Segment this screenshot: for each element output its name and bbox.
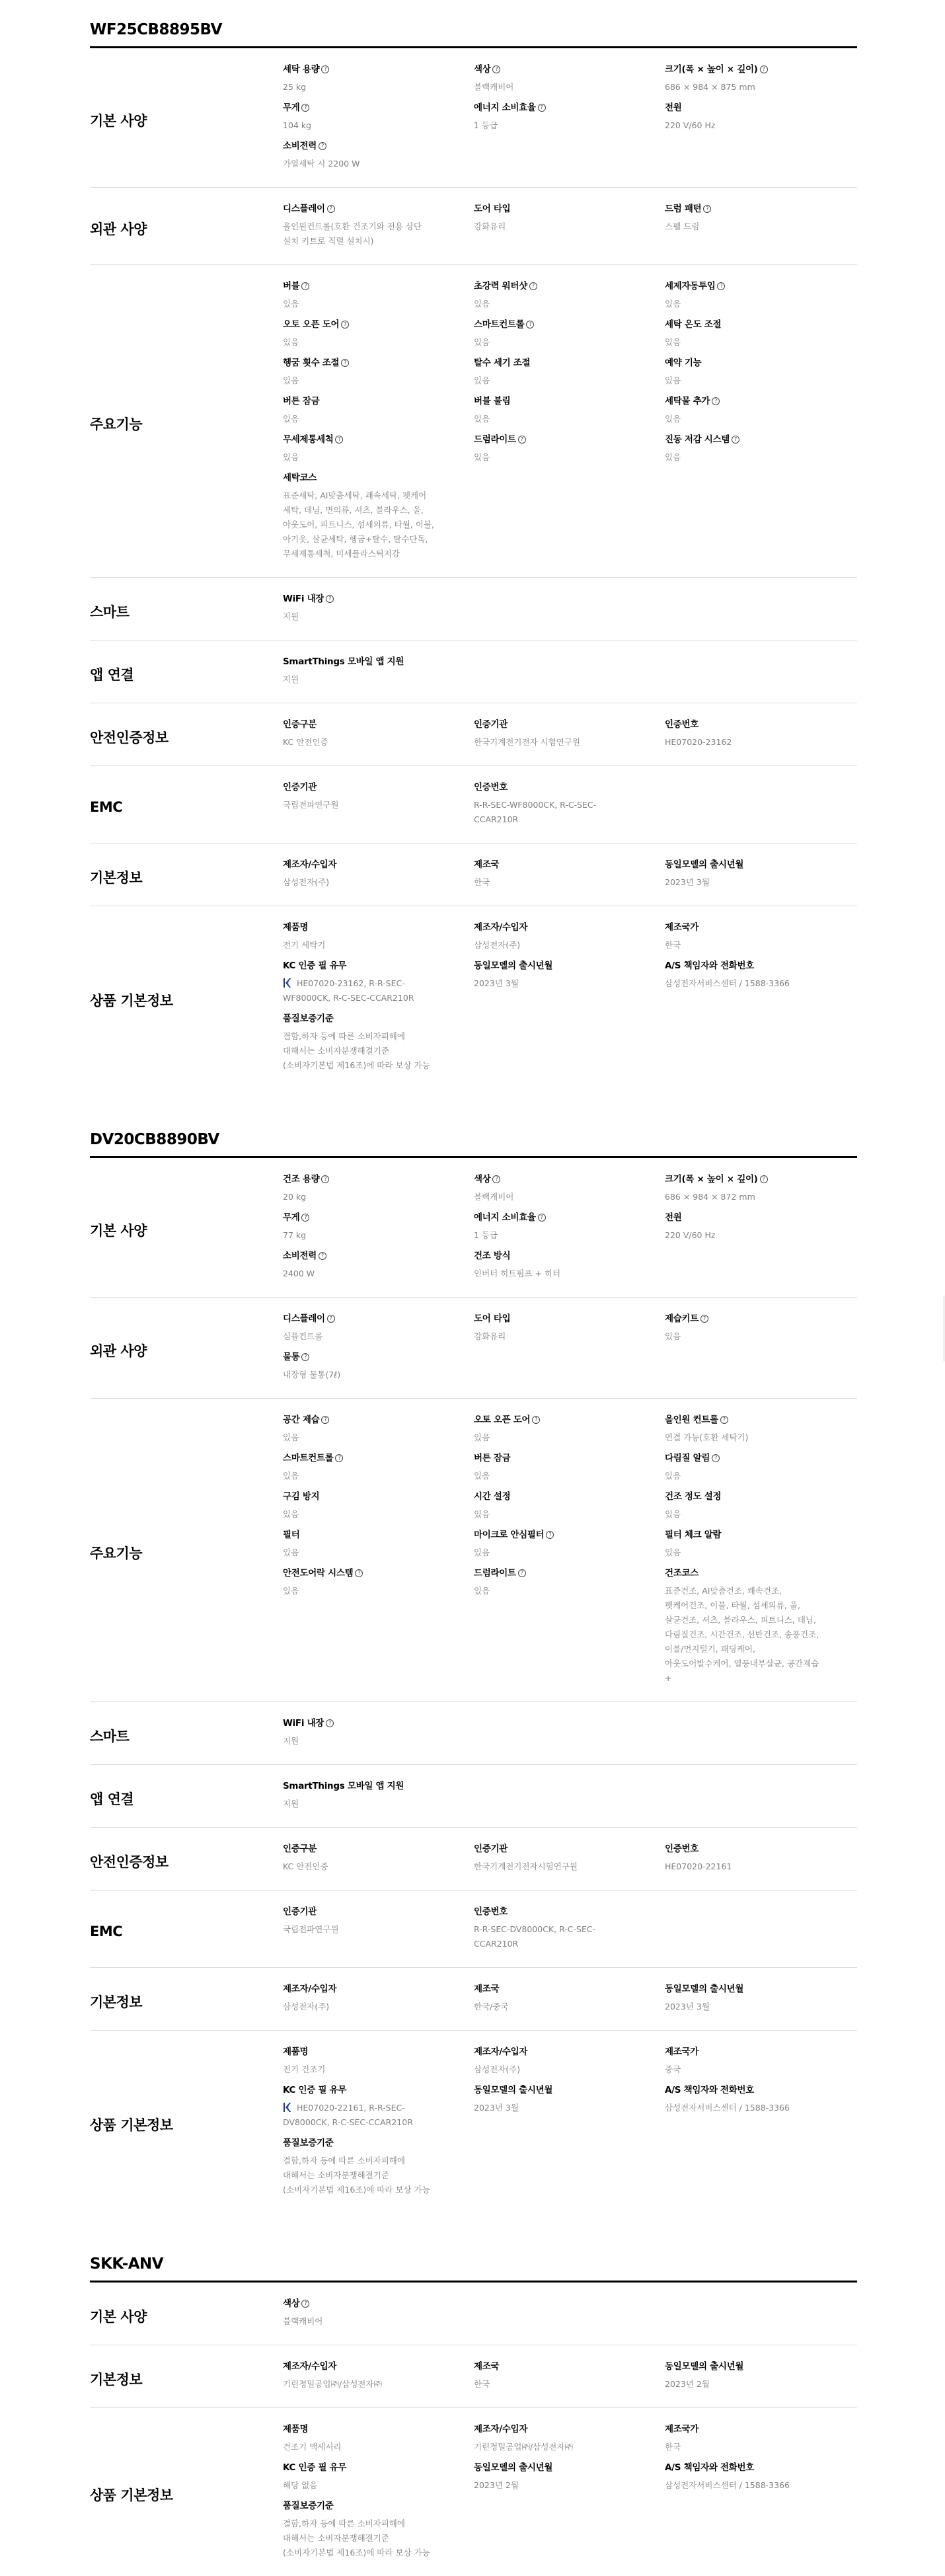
spec-item-value: 전기 세탁기	[283, 938, 432, 953]
spec-item-label: 제조자/수입자	[283, 858, 474, 871]
spec-item: 디스플레이?심플컨트롤	[283, 1312, 474, 1350]
spec-item-label: 인증기관	[474, 718, 665, 731]
spec-item-value-text: 한국기계전기전자 시험연구원	[474, 737, 580, 747]
spec-item-label-text: SmartThings 모바일 앱 지원	[283, 655, 404, 668]
spec-item-value: 686 × 984 × 875 mm	[665, 80, 813, 95]
spec-item-value-text: 2400 W	[283, 1268, 315, 1278]
spec-item-value: 있음	[665, 373, 813, 388]
spec-item-label: 크기(폭 × 높이 × 깊이)?	[665, 63, 856, 76]
spec-item-value-text: 블랙캐비어	[474, 1192, 513, 1202]
spec-item-value: 있음	[474, 1430, 623, 1445]
spec-item-value: 있음	[474, 1545, 623, 1560]
spec-item-label-text: A/S 책임자와 전화번호	[665, 959, 754, 972]
spec-item-label-text: 드럼 패턴	[665, 202, 701, 215]
spec-item-label: 동일모델의 출시년월	[665, 2360, 856, 2373]
spec-section: 주요기능공간 제습?있음오토 오픈 도어?있음올인원 컨트롤?연결 가능(호환 …	[90, 1399, 857, 1702]
spec-item-label: 올인원 컨트롤?	[665, 1413, 856, 1426]
help-tooltip-icon[interactable]: ?	[712, 397, 720, 405]
spec-item-value-text: 있음	[283, 299, 299, 309]
spec-item-value-text: 있음	[665, 299, 681, 309]
spec-section: 안전인증정보인증구분KC 안전인증인증기관한국기계전기전자 시험연구원인증번호H…	[90, 703, 857, 766]
spec-item-label: 동일모델의 출시년월	[665, 858, 856, 871]
help-tooltip-icon[interactable]: ?	[341, 359, 349, 367]
section-heading: 외관 사양	[90, 1312, 283, 1389]
spec-item-value: 스펠 드럼	[665, 219, 813, 234]
product-model-title: DV20CB8890BV	[90, 1130, 857, 1151]
spec-item-value-text: 국립전파연구원	[283, 1924, 339, 1934]
spec-item-label: WiFi 내장?	[283, 592, 474, 605]
spec-item-value: 있음	[283, 297, 432, 311]
spec-item-value-text: 기린정밀공업㈜/삼성전자㈜	[283, 2379, 382, 2389]
spec-grid: 디스플레이?심플컨트롤도어 타입강화유리제습키트?있음물통?내장형 물통(7ℓ)	[283, 1312, 857, 1389]
spec-item-value: 20 kg	[283, 1190, 432, 1204]
spec-item: 제조국가중국	[665, 2045, 856, 2084]
spec-item-value: 표준세탁, AI맞춤세탁, 쾌속세탁, 펫케어 세탁, 데님, 면의류, 셔츠,…	[283, 488, 438, 561]
spec-item-value: R-R-SEC-DV8000CK, R-C-SEC-CCAR210R	[474, 1922, 623, 1951]
spec-item: 제조국가한국	[665, 921, 856, 959]
section-heading: 앱 연결	[90, 1779, 283, 1818]
spec-item-value-text: 가열세탁 시 2200 W	[283, 159, 359, 169]
spec-item-value-text: KC 안전인증	[283, 1861, 328, 1871]
spec-item-label: 소비전력?	[283, 1249, 474, 1263]
help-tooltip-icon[interactable]: ?	[732, 436, 739, 444]
spec-item-label: 구김 방지	[283, 1490, 474, 1503]
spec-item: 소비전력?가열세탁 시 2200 W	[283, 139, 474, 178]
section-heading: 기본정보	[90, 1982, 283, 2021]
spec-item-value-text: 있음	[474, 337, 490, 347]
spec-item-label-text: 물통	[283, 1350, 299, 1364]
help-tooltip-icon[interactable]: ?	[532, 1416, 540, 1424]
spec-item-value: 한국	[474, 2377, 623, 2392]
spec-grid: SmartThings 모바일 앱 지원지원	[283, 1779, 857, 1818]
spec-item-value: 한국	[665, 2440, 813, 2454]
spec-item-label-text: 제조국가	[665, 921, 699, 934]
help-tooltip-icon[interactable]: ?	[321, 65, 329, 73]
spec-item-label: 오토 오픈 도어?	[283, 318, 474, 331]
help-tooltip-icon[interactable]: ?	[321, 1175, 329, 1183]
spec-item-label-text: 드럼라이트	[474, 1567, 516, 1580]
spec-item-label-text: 세탁 용량	[283, 63, 319, 76]
spec-item-label-text: 세탁물 추가	[665, 395, 710, 408]
spec-item-label-text: 제조국	[474, 858, 499, 871]
spec-item: 제조자/수입자삼성전자(주)	[474, 2045, 665, 2084]
spec-item-label-text: 인증번호	[474, 1905, 508, 1918]
spec-item-label-text: 제조국가	[665, 2045, 699, 2058]
spec-grid: 인증기관국립전파연구원인증번호R-R-SEC-WF8000CK, R-C-SEC…	[283, 781, 857, 834]
spec-item: 동일모델의 출시년월2023년 3월	[474, 2084, 665, 2136]
spec-item-value: 104 kg	[283, 118, 432, 133]
spec-item: 드럼라이트?있음	[474, 1567, 665, 1692]
help-tooltip-icon[interactable]: ?	[717, 282, 725, 290]
spec-item: 인증기관국립전파연구원	[283, 1905, 474, 1958]
spec-item-label-text: 에너지 소비효율	[474, 101, 536, 114]
spec-item-value: 2023년 3월	[474, 2101, 623, 2115]
spec-item-label-text: 크기(폭 × 높이 × 깊이)	[665, 1173, 758, 1186]
spec-item-label-text: 동일모델의 출시년월	[474, 2461, 552, 2474]
help-tooltip-icon[interactable]: ?	[341, 321, 349, 329]
spec-item: 오토 오픈 도어?있음	[474, 1413, 665, 1452]
spec-item-label-text: 색상	[283, 2297, 299, 2310]
help-tooltip-icon[interactable]: ?	[538, 1214, 546, 1222]
spec-item: 건조코스표준건조, AI맞춤건조, 쾌속건조, 펫케어건조, 이불, 타월, 섬…	[665, 1567, 856, 1692]
spec-item: 도어 타입강화유리	[474, 202, 665, 255]
spec-item-label-text: 소비전력	[283, 139, 317, 153]
spec-item: 올인원 컨트롤?연결 가능(호환 세탁기)	[665, 1413, 856, 1452]
spec-item-value-text: HE07020-22161	[665, 1861, 732, 1871]
spec-item-value-text: 있음	[665, 375, 681, 385]
spec-item-value-text: 삼성전자서비스센터 / 1588-3366	[665, 2103, 790, 2113]
spec-item-value-text: 한국	[665, 2442, 681, 2452]
spec-item-label: 제조국가	[665, 2045, 856, 2058]
spec-item: 제습키트?있음	[665, 1312, 856, 1350]
spec-section: 기본 사양세탁 용량?25 kg색상?블랙캐비어크기(폭 × 높이 × 깊이)?…	[90, 48, 857, 188]
spec-item-label-text: 제조국가	[665, 2423, 699, 2436]
spec-item-value-text: 내장형 물통(7ℓ)	[283, 1370, 340, 1380]
spec-item-value: 지원	[283, 1734, 432, 1748]
spec-item-label: 세제자동투입?	[665, 280, 856, 293]
spec-item-label: KC 인증 필 유무	[283, 2084, 474, 2097]
spec-item: 제조자/수입자기린정밀공업㈜/삼성전자㈜	[474, 2423, 665, 2461]
spec-item-label-text: 제품명	[283, 2045, 308, 2058]
spec-item: 에너지 소비효율?1 등급	[474, 1211, 665, 1249]
spec-item-label: 인증기관	[283, 1905, 474, 1918]
spec-item-value-text: 686 × 984 × 872 mm	[665, 1192, 755, 1202]
spec-item-value: 2023년 3월	[665, 2000, 813, 2014]
help-tooltip-icon[interactable]: ?	[301, 1353, 309, 1361]
spec-item-value: 내장형 물통(7ℓ)	[283, 1368, 432, 1382]
spec-item-label-text: 스마트컨트롤	[283, 1452, 333, 1465]
spec-item: 드럼 패턴?스펠 드럼	[665, 202, 856, 255]
spec-section: 기본 사양건조 용량?20 kg색상?블랙캐비어크기(폭 × 높이 × 깊이)?…	[90, 1158, 857, 1298]
help-tooltip-icon[interactable]: ?	[703, 205, 711, 213]
spec-item: 버블 불림있음	[474, 395, 665, 433]
spec-item-label-text: 구김 방지	[283, 1490, 319, 1503]
spec-item: A/S 책임자와 전화번호삼성전자서비스센터 / 1588-3366	[665, 2461, 856, 2499]
spec-item-label: 버블?	[283, 280, 474, 293]
spec-item-label: 건조 용량?	[283, 1173, 474, 1186]
help-tooltip-icon[interactable]: ?	[492, 65, 500, 73]
spec-item-value: 있음	[474, 1469, 623, 1483]
spec-item-value: 한국	[665, 938, 813, 953]
spec-item-label: 제조국가	[665, 2423, 856, 2436]
spec-item-value: 강화유리	[474, 1329, 623, 1344]
spec-item-label-text: 동일모델의 출시년월	[665, 1982, 743, 1996]
spec-item-label-text: 동일모델의 출시년월	[474, 2084, 552, 2097]
spec-item: 품질보증기준결함,하자 등에 따른 소비자피해에 대해서는 소비자분쟁해결기준(…	[283, 2136, 474, 2204]
spec-item-label-text: KC 인증 필 유무	[283, 2084, 346, 2097]
spec-item-value: 블랙캐비어	[474, 1190, 623, 1204]
spec-item: WiFi 내장?지원	[283, 592, 474, 631]
spec-item: SmartThings 모바일 앱 지원지원	[283, 1779, 474, 1818]
spec-item-label-text: 디스플레이	[283, 1312, 325, 1325]
spec-item-label: 무게?	[283, 1211, 474, 1224]
spec-item: 디스플레이?올인원컨트롤(호환 건조기와 전용 상단 설치 키트로 직렬 설치시…	[283, 202, 474, 255]
spec-item-label-text: 품질보증기준	[283, 2136, 333, 2150]
spec-item-label-text: 버튼 잠금	[283, 395, 319, 408]
spec-item: WiFi 내장?지원	[283, 1717, 474, 1755]
spec-item: 제품명건조기 액세서리	[283, 2423, 474, 2461]
spec-grid: 제품명건조기 액세서리제조자/수입자기린정밀공업㈜/삼성전자㈜제조국가한국KC …	[283, 2423, 857, 2567]
spec-item: 구김 방지있음	[283, 1490, 474, 1528]
spec-item-value: 있음	[283, 373, 432, 388]
spec-item-value: 있음	[283, 412, 432, 426]
section-heading: 스마트	[90, 1717, 283, 1755]
spec-item-value-text: 있음	[283, 375, 299, 385]
spec-item-label-text: 동일모델의 출시년월	[665, 858, 743, 871]
spec-item-label-text: 도어 타입	[474, 1312, 510, 1325]
spec-item: 건조 정도 설정있음	[665, 1490, 856, 1528]
spec-item-value: 있음	[283, 1507, 432, 1522]
spec-item-value-text: 국립전파연구원	[283, 800, 339, 810]
spec-item-value: 블랙캐비어	[474, 80, 623, 95]
spec-item-value: 기린정밀공업㈜/삼성전자㈜	[474, 2440, 623, 2454]
spec-grid: 제조자/수입자삼성전자(주)제조국한국/중국동일모델의 출시년월2023년 3월	[283, 1982, 857, 2021]
spec-item-label: 인증번호	[474, 781, 665, 794]
spec-item-value: 삼성전자(주)	[283, 2000, 432, 2014]
spec-item-label-text: 건조 방식	[474, 1249, 510, 1263]
spec-item: 동일모델의 출시년월2023년 3월	[665, 1982, 856, 2021]
spec-item-label: 크기(폭 × 높이 × 깊이)?	[665, 1173, 856, 1186]
spec-item-label-text: 세탁코스	[283, 471, 317, 485]
spec-item-value: 있음	[665, 1507, 813, 1522]
spec-item-value: 77 kg	[283, 1228, 432, 1243]
spec-item-value-text: 있음	[283, 1432, 299, 1442]
help-tooltip-icon[interactable]: ?	[492, 1175, 500, 1183]
spec-item-label: 인증구분	[283, 718, 474, 731]
spec-item: 세탁 온도 조절있음	[665, 318, 856, 356]
help-tooltip-icon[interactable]: ?	[538, 104, 546, 112]
spec-item-label: 버블 불림	[474, 395, 665, 408]
spec-item-label: 제조자/수입자	[283, 2360, 474, 2373]
spec-item-value: 국립전파연구원	[283, 798, 432, 812]
spec-item-label-text: 버블 불림	[474, 395, 510, 408]
spec-item-label: 인증번호	[474, 1905, 665, 1918]
spec-item-value-text: 2023년 2월	[665, 2379, 710, 2389]
spec-section: 스마트WiFi 내장?지원	[90, 578, 857, 641]
help-tooltip-icon[interactable]: ?	[301, 104, 309, 112]
spec-item-label: 스마트컨트롤?	[283, 1452, 474, 1465]
spec-item-value-text: 삼성전자(주)	[283, 2002, 329, 2011]
section-heading: 기본정보	[90, 858, 283, 896]
spec-item: 스마트컨트롤?있음	[283, 1452, 474, 1490]
spec-item-value: 삼성전자서비스센터 / 1588-3366	[665, 2478, 813, 2493]
spec-item-value: 심플컨트롤	[283, 1329, 432, 1344]
spec-item-label-text: 제조자/수입자	[283, 858, 336, 871]
help-tooltip-icon[interactable]: ?	[335, 436, 343, 444]
help-tooltip-icon[interactable]: ?	[321, 1416, 329, 1424]
spec-item-label: 도어 타입	[474, 202, 665, 215]
spec-item-value: 2023년 2월	[665, 2377, 813, 2392]
spec-item-value-text: 한국	[474, 877, 490, 887]
spec-item-label-text: 탈수 세기 조절	[474, 356, 530, 370]
spec-item: A/S 책임자와 전화번호삼성전자서비스센터 / 1588-3366	[665, 2084, 856, 2136]
spec-item-label: 인증번호	[665, 718, 856, 731]
spec-item-value-text: 결함,하자 등에 따른 소비자피해에 대해서는 소비자분쟁해결기준(소비자기본법…	[283, 2156, 430, 2195]
spec-item-label-text: 시간 설정	[474, 1490, 510, 1503]
spec-item-label-text: 공간 제습	[283, 1413, 319, 1426]
help-tooltip-icon[interactable]: ?	[319, 142, 326, 150]
spec-item-value: 국립전파연구원	[283, 1922, 432, 1937]
help-tooltip-icon[interactable]: ?	[526, 321, 534, 329]
spec-item: 드럼라이트?있음	[474, 433, 665, 471]
spec-item-label-text: 동일모델의 출시년월	[474, 959, 552, 972]
section-heading: 상품 기본정보	[90, 2423, 283, 2567]
spec-item-value: 있음	[474, 1584, 623, 1598]
spec-item-value: HE07020-22161, R-R-SEC-DV8000CK, R-C-SEC…	[283, 2101, 438, 2130]
spec-item-label: SmartThings 모바일 앱 지원	[283, 1779, 474, 1793]
spec-item-value: HE07020-22161	[665, 1859, 813, 1874]
spec-item: 인증번호HE07020-23162	[665, 718, 856, 756]
spec-item-value: 있음	[283, 1545, 432, 1560]
spec-item: 건조 방식인버터 히트펌프 + 히터	[474, 1249, 665, 1288]
spec-grid: 색상?블랙캐비어	[283, 2297, 857, 2335]
spec-item: 인증번호R-R-SEC-WF8000CK, R-C-SEC-CCAR210R	[474, 781, 665, 834]
help-tooltip-icon[interactable]: ?	[326, 595, 334, 603]
spec-item-value: 한국	[474, 875, 623, 890]
spec-item: 제조국가한국	[665, 2423, 856, 2461]
spec-item-label: 제품명	[283, 921, 474, 934]
spec-item-value: 2023년 3월	[474, 976, 623, 991]
spec-item-value-text: 2023년 3월	[665, 2002, 710, 2011]
help-tooltip-icon[interactable]: ?	[301, 1214, 309, 1222]
product-model-title: SKK-ANV	[90, 2254, 857, 2275]
spec-item-label: 품질보증기준	[283, 2136, 474, 2150]
spec-item-label-text: 인증번호	[665, 718, 699, 731]
spec-item-value: 삼성전자서비스센터 / 1588-3366	[665, 2101, 813, 2115]
spec-item-label: 색상?	[474, 63, 665, 76]
spec-item-value-text: 77 kg	[283, 1230, 306, 1240]
spec-item: 제조자/수입자삼성전자(주)	[474, 921, 665, 959]
spec-item: 동일모델의 출시년월2023년 3월	[665, 858, 856, 896]
help-tooltip-icon[interactable]: ?	[760, 1175, 768, 1183]
spec-item-label-text: 크기(폭 × 높이 × 깊이)	[665, 63, 758, 76]
kc-certification-mark-icon	[283, 2102, 291, 2113]
help-tooltip-icon[interactable]: ?	[301, 282, 309, 290]
section-heading: 안전인증정보	[90, 1842, 283, 1881]
help-tooltip-icon[interactable]: ?	[529, 282, 537, 290]
spec-item-label-text: 인증기관	[474, 718, 508, 731]
spec-item-label: 세탁물 추가?	[665, 395, 856, 408]
kc-certification-mark-icon	[283, 978, 291, 988]
spec-item-label-text: A/S 책임자와 전화번호	[665, 2461, 754, 2474]
spec-item: 세탁물 추가?있음	[665, 395, 856, 433]
spec-item-value-text: 인버터 히트펌프 + 히터	[474, 1268, 560, 1278]
help-tooltip-icon[interactable]: ?	[301, 2300, 309, 2308]
section-heading: 기본 사양	[90, 1173, 283, 1288]
spec-item-label: 디스플레이?	[283, 1312, 474, 1325]
spec-item: 제품명전기 건조기	[283, 2045, 474, 2084]
help-tooltip-icon[interactable]: ?	[327, 1315, 335, 1323]
spec-item-value-text: 한국	[665, 940, 681, 950]
spec-item-value-text: 있음	[474, 375, 490, 385]
spec-item-value: 있음	[665, 1329, 813, 1344]
spec-item-value: 중국	[665, 2062, 813, 2077]
spec-item-value-text: 삼성전자서비스센터 / 1588-3366	[665, 2480, 790, 2490]
spec-item-label-text: A/S 책임자와 전화번호	[665, 2084, 754, 2097]
spec-item-value: 있음	[283, 450, 432, 465]
spec-item: 색상?블랙캐비어	[474, 1173, 665, 1211]
spec-item-value-text: 있음	[474, 414, 490, 424]
section-heading: 앱 연결	[90, 655, 283, 693]
spec-item-label: 제조국가	[665, 921, 856, 934]
spec-item-value: 건조기 액세서리	[283, 2440, 432, 2454]
help-tooltip-icon[interactable]: ?	[518, 436, 526, 444]
spec-item-value-text: 2023년 3월	[474, 978, 519, 988]
spec-item-value-text: HE07020-23162, R-R-SEC-WF8000CK, R-C-SEC…	[283, 978, 414, 1003]
spec-item-label-text: 무세제통세척	[283, 433, 333, 446]
spec-item-value-text: KC 안전인증	[283, 737, 328, 747]
help-tooltip-icon[interactable]: ?	[335, 1454, 343, 1462]
spec-item-value-text: 지원	[283, 674, 299, 684]
help-tooltip-icon[interactable]: ?	[546, 1531, 554, 1539]
spec-item-label-text: 제조자/수입자	[474, 921, 527, 934]
spec-item-label: 안전도어락 시스템?	[283, 1567, 474, 1580]
spec-item-label: 필터	[283, 1528, 474, 1542]
spec-item-value-text: 지원	[283, 1799, 299, 1809]
spec-item-label-text: WiFi 내장	[283, 592, 324, 605]
spec-item-value-text: 연결 가능(호환 세탁기)	[665, 1432, 748, 1442]
spec-item-value-text: 있음	[665, 452, 681, 462]
spec-item-value-text: 있음	[474, 1586, 490, 1596]
spec-item-label: 버튼 잠금	[283, 395, 474, 408]
help-tooltip-icon[interactable]: ?	[518, 1569, 526, 1577]
spec-item: 제조국한국	[474, 2360, 665, 2398]
help-tooltip-icon[interactable]: ?	[712, 1454, 720, 1462]
help-tooltip-icon[interactable]: ?	[326, 1719, 334, 1727]
spec-item: 버튼 잠금있음	[474, 1452, 665, 1490]
spec-item-value-text: 있음	[665, 1331, 681, 1341]
spec-item: 인증번호R-R-SEC-DV8000CK, R-C-SEC-CCAR210R	[474, 1905, 665, 1958]
spec-section: EMC인증기관국립전파연구원인증번호R-R-SEC-WF8000CK, R-C-…	[90, 766, 857, 843]
spec-item-value-text: 한국기계전기전자시험연구원	[474, 1861, 578, 1871]
spec-item-value: 2023년 2월	[474, 2478, 623, 2493]
spec-item-label: 품질보증기준	[283, 2499, 474, 2513]
spec-item: 세탁코스표준세탁, AI맞춤세탁, 쾌속세탁, 펫케어 세탁, 데님, 면의류,…	[283, 471, 474, 568]
spec-item-value: 220 V/60 Hz	[665, 118, 813, 133]
help-tooltip-icon[interactable]: ?	[760, 65, 768, 73]
spec-section: 외관 사양디스플레이?심플컨트롤도어 타입강화유리제습키트?있음물통?내장형 물…	[90, 1298, 857, 1399]
spec-item: 세탁 용량?25 kg	[283, 63, 474, 101]
spec-item-label: 에너지 소비효율?	[474, 101, 665, 114]
spec-item-value-text: 블랙캐비어	[474, 82, 513, 92]
spec-item-label-text: 버튼 잠금	[474, 1452, 510, 1465]
spec-item-label: 제조자/수입자	[474, 2045, 665, 2058]
spec-item-label-text: 예약 기능	[665, 356, 701, 370]
spec-item-label: 스마트컨트롤?	[474, 318, 665, 331]
spec-item-label-text: 인증번호	[665, 1842, 699, 1855]
spec-item-value-text: 지원	[283, 1736, 299, 1746]
spec-item: KC 인증 필 유무해당 없음	[283, 2461, 474, 2499]
spec-item-label-text: 도어 타입	[474, 202, 510, 215]
spec-item-label-text: 소비전력	[283, 1249, 317, 1263]
spec-section: 기본정보제조자/수입자기린정밀공업㈜/삼성전자㈜제조국한국동일모델의 출시년월2…	[90, 2345, 857, 2408]
help-tooltip-icon[interactable]: ?	[720, 1416, 728, 1424]
help-tooltip-icon[interactable]: ?	[355, 1569, 363, 1577]
spec-item-value: 있음	[474, 412, 623, 426]
spec-item: 동일모델의 출시년월2023년 3월	[474, 959, 665, 1012]
section-heading: 외관 사양	[90, 202, 283, 255]
spec-item-value-text: 심플컨트롤	[283, 1331, 322, 1341]
spec-item: 안전도어락 시스템?있음	[283, 1567, 474, 1692]
help-tooltip-icon[interactable]: ?	[700, 1315, 708, 1323]
spec-item-value-text: 있음	[283, 452, 299, 462]
spec-section: 스마트WiFi 내장?지원	[90, 1702, 857, 1765]
spec-item-label: A/S 책임자와 전화번호	[665, 2084, 856, 2097]
spec-item-label-text: 인증번호	[474, 781, 508, 794]
help-tooltip-icon[interactable]: ?	[319, 1252, 326, 1260]
help-tooltip-icon[interactable]: ?	[327, 205, 335, 213]
spec-section: 외관 사양디스플레이?올인원컨트롤(호환 건조기와 전용 상단 설치 키트로 직…	[90, 188, 857, 265]
